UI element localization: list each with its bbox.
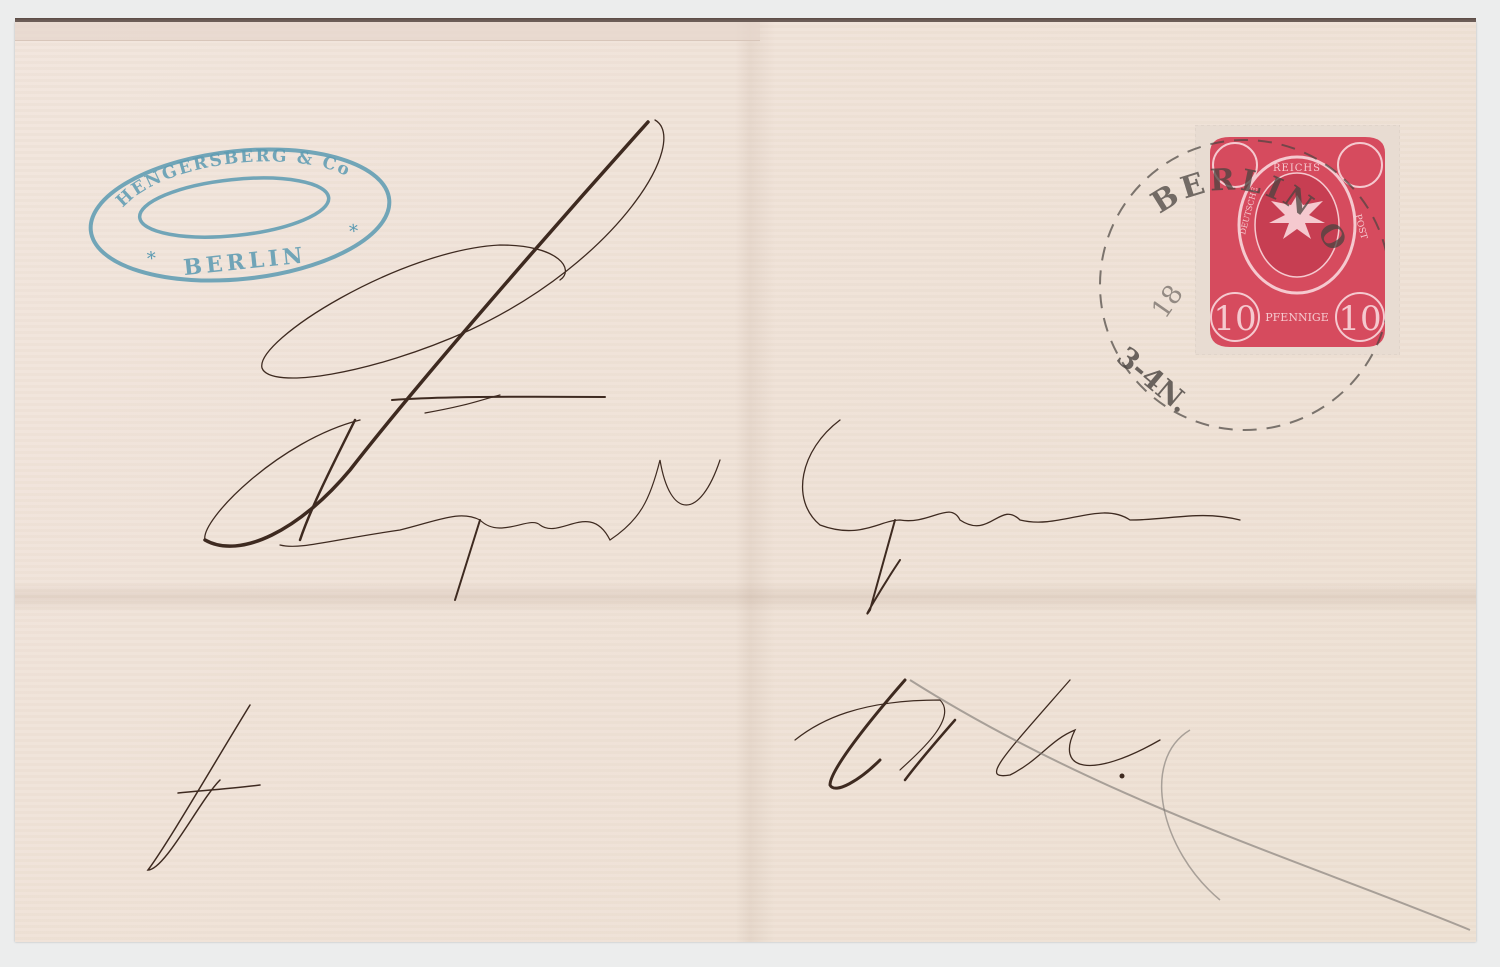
handwriting-strokes (0, 0, 1500, 967)
